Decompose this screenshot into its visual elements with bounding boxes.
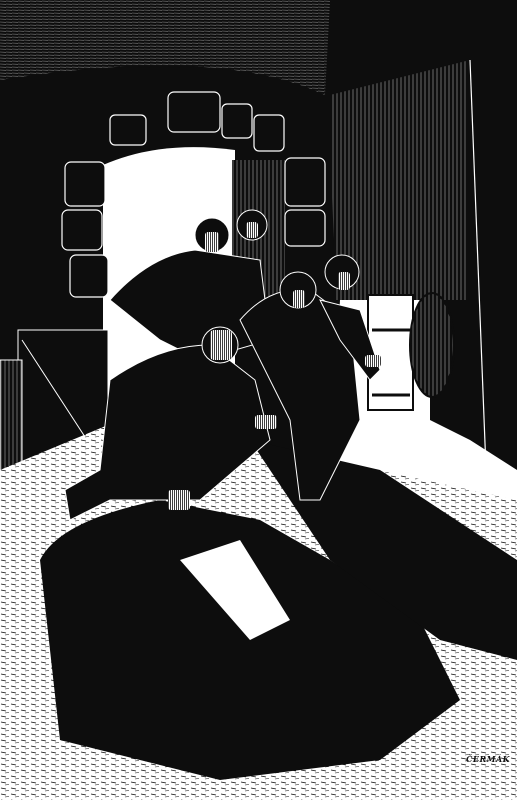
ink-illustration	[0, 0, 517, 800]
harness-coil	[410, 293, 454, 397]
open-door	[368, 295, 413, 410]
artist-signature: ČERMÁK	[466, 754, 510, 764]
